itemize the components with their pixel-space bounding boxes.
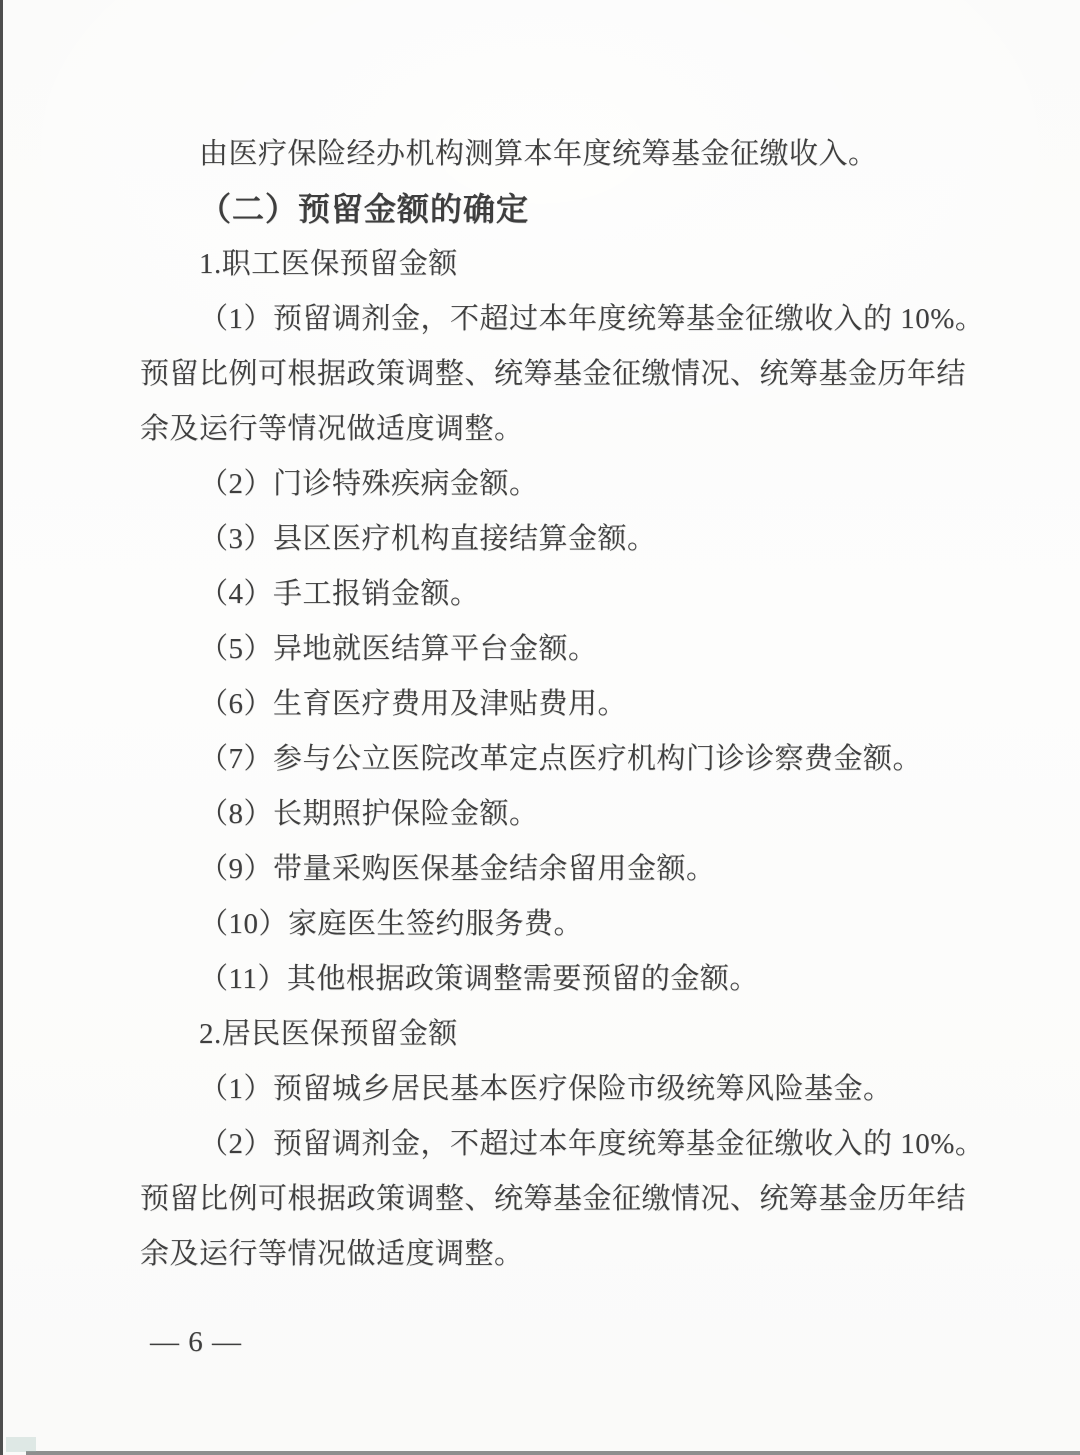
document-line: （6）生育医疗费用及津贴费用。 bbox=[140, 677, 958, 732]
document-line: （4）手工报销金额。 bbox=[140, 567, 958, 622]
page-number: — 6 — bbox=[150, 1316, 242, 1368]
document-line: （2）预留调剂金，不超过本年度统筹基金征缴收入的 10%。 bbox=[140, 1117, 958, 1172]
document-line: （1）预留调剂金，不超过本年度统筹基金征缴收入的 10%。 bbox=[140, 292, 958, 347]
document-line: （1）预留城乡居民基本医疗保险市级统筹风险基金。 bbox=[140, 1062, 958, 1117]
page-left-edge-line bbox=[0, 0, 3, 1455]
document-line: 1.职工医保预留金额 bbox=[140, 237, 958, 292]
document-line: 预留比例可根据政策调整、统筹基金征缴情况、统筹基金历年结 bbox=[140, 1172, 958, 1227]
section-heading: （二）预留金额的确定 bbox=[140, 182, 958, 237]
document-line: 由医疗保险经办机构测算本年度统筹基金征缴收入。 bbox=[140, 127, 958, 182]
document-line: 余及运行等情况做适度调整。 bbox=[140, 402, 958, 457]
document-line: （3）县区医疗机构直接结算金额。 bbox=[140, 512, 958, 567]
document-line: （8）长期照护保险金额。 bbox=[140, 787, 958, 842]
document-line: （7）参与公立医院改革定点医疗机构门诊诊察费金额。 bbox=[140, 732, 958, 787]
document-line: （10）家庭医生签约服务费。 bbox=[140, 897, 958, 952]
document-line: 预留比例可根据政策调整、统筹基金征缴情况、统筹基金历年结 bbox=[140, 347, 958, 402]
page-bottom-edge-line bbox=[26, 1451, 1080, 1455]
document-line: （11）其他根据政策调整需要预留的金额。 bbox=[140, 952, 958, 1007]
document-line: （9）带量采购医保基金结余留用金额。 bbox=[140, 842, 958, 897]
document-line: （2）门诊特殊疾病金额。 bbox=[140, 457, 958, 512]
document-line: 余及运行等情况做适度调整。 bbox=[140, 1227, 958, 1282]
document-body: 由医疗保险经办机构测算本年度统筹基金征缴收入。（二）预留金额的确定1.职工医保预… bbox=[140, 127, 958, 1282]
document-page: 由医疗保险经办机构测算本年度统筹基金征缴收入。（二）预留金额的确定1.职工医保预… bbox=[0, 0, 1080, 1455]
document-line: （5）异地就医结算平台金额。 bbox=[140, 622, 958, 677]
scan-corner-artifact bbox=[6, 1437, 36, 1452]
document-line: 2.居民医保预留金额 bbox=[140, 1007, 958, 1062]
